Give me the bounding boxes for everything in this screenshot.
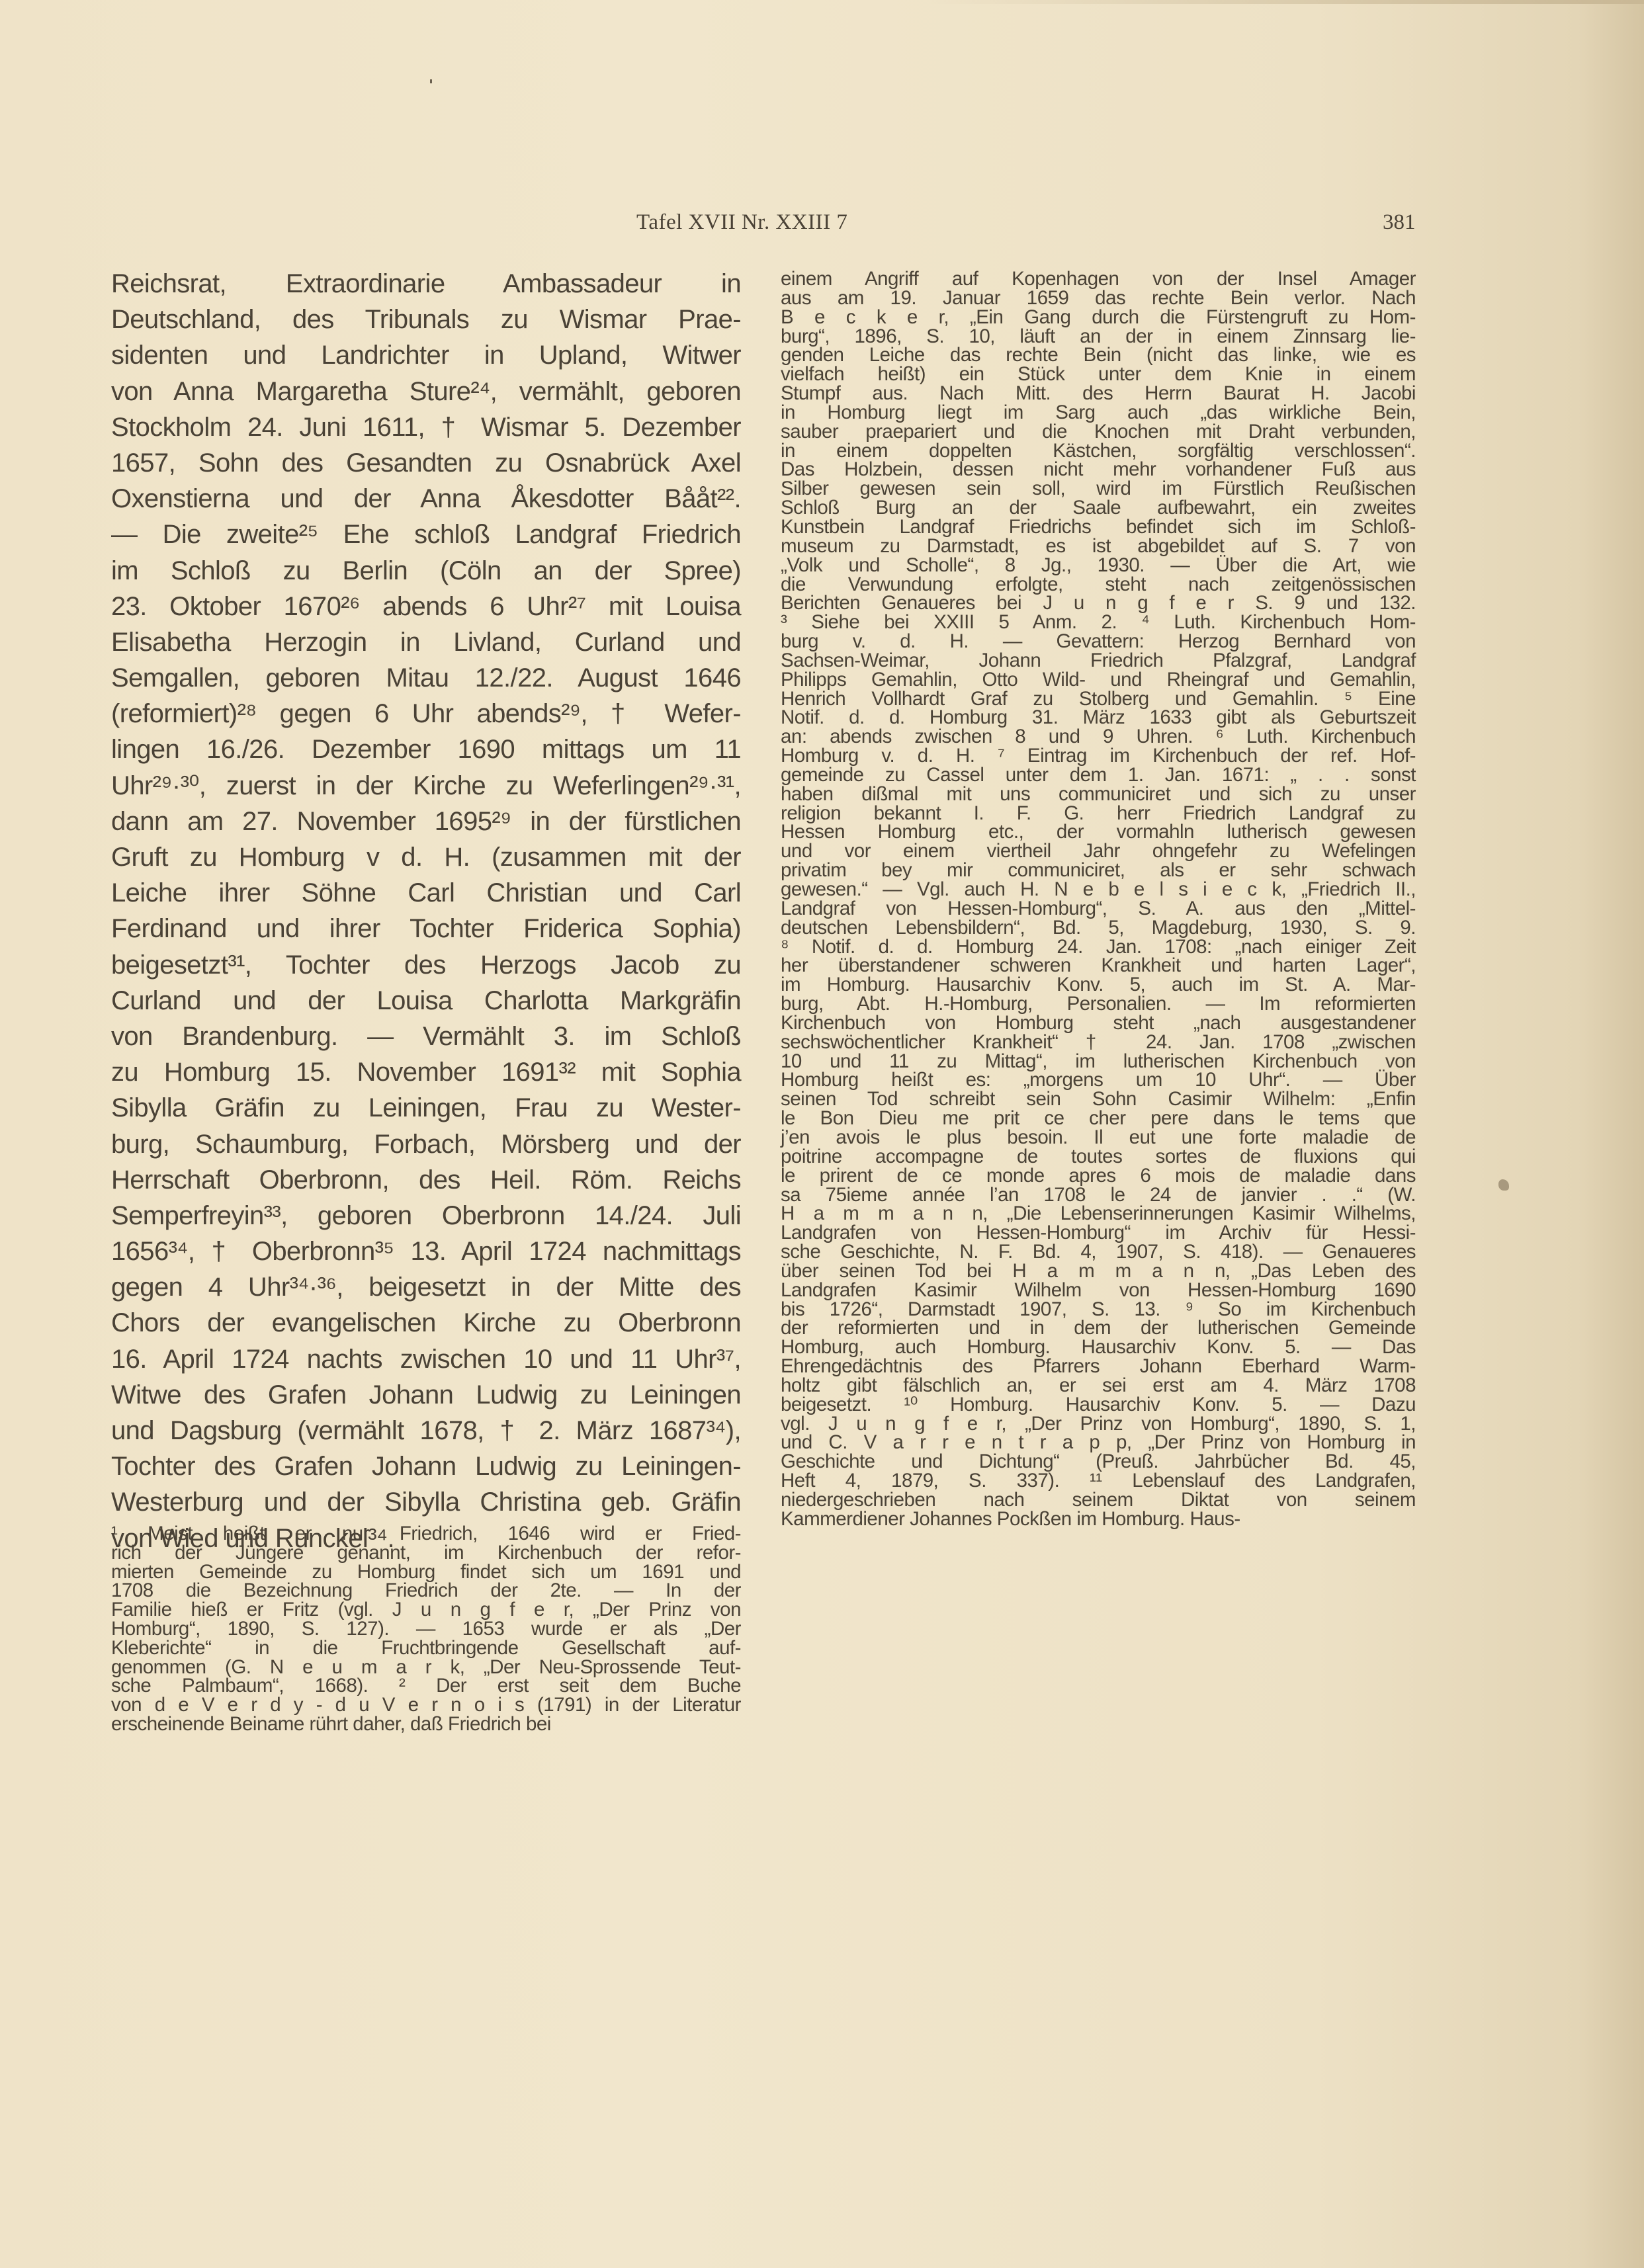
text-line: Reichsrat, Extraordinarie Ambassadeur in	[111, 266, 741, 302]
footnote-line: sche Palmbaum“, 1668). ² Der erst seit d…	[111, 1677, 741, 1696]
footnote-line: Notif. d. d. Homburg 31. März 1633 gibt …	[781, 708, 1416, 728]
footnote-line: B e c k e r, „Ein Gang durch die Fürsten…	[781, 308, 1416, 327]
footnote-line: Das Holzbein, dessen nicht mehr vorhande…	[781, 460, 1416, 480]
text-line: von Brandenburg. — Vermählt 3. im Schloß	[111, 1019, 741, 1054]
text-line: zu Homburg 15. November 1691³² mit Sophi…	[111, 1054, 741, 1090]
footnote-line: gemeinde zu Cassel unter dem 1. Jan. 167…	[781, 766, 1416, 785]
text-line: burg, Schaumburg, Forbach, Mörsberg und …	[111, 1126, 741, 1162]
footnote-line: Berichten Genaueres bei J u n g f e r S.…	[781, 594, 1416, 613]
footnote-line: burg, Abt. H.-Homburg, Personalien. — Im…	[781, 995, 1416, 1014]
footnote-line: „Volk und Scholle“, 8 Jg., 1930. — Über …	[781, 556, 1416, 575]
footnote-line: vielfach heißt) ein Stück unter dem Knie…	[781, 365, 1416, 384]
text-line: Stockholm 24. Juni 1611, † Wismar 5. Dez…	[111, 409, 741, 445]
footnote-line: und C. V a r r e n t r a p p, „Der Prinz…	[781, 1433, 1416, 1452]
page-number: 381	[1383, 210, 1416, 235]
footnote-line: burg v. d. H. — Gevattern: Herzog Bernha…	[781, 632, 1416, 651]
text-line: Elisabetha Herzogin in Livland, Curland …	[111, 624, 741, 660]
text-line: Semperfreyin³³, geboren Oberbronn 14./24…	[111, 1198, 741, 1234]
footnote-line: Homburg v. d. H. ⁷ Eintrag im Kirchenbuc…	[781, 747, 1416, 766]
footnote-line: im Homburg. Hausarchiv Konv. 5, auch im …	[781, 976, 1416, 995]
footnote-line: genommen (G. N e u m a r k, „Der Neu-Spr…	[111, 1658, 741, 1677]
text-line: 1656³⁴, † Oberbronn³⁵ 13. April 1724 nac…	[111, 1234, 741, 1269]
text-line: lingen 16./26. Dezember 1690 mittags um …	[111, 732, 741, 767]
footnote-line: haben dißmal mit uns communiciret und si…	[781, 785, 1416, 804]
footnote-line: ¹ Meist heißt er nur Friedrich, 1646 wir…	[111, 1525, 741, 1544]
text-line: Sibylla Gräfin zu Leiningen, Frau zu Wes…	[111, 1090, 741, 1126]
footnote-line: Kammerdiener Johannes Pockßen im Homburg…	[781, 1510, 1416, 1529]
footnote-line: Homburg“, 1890, S. 127). — 1653 wurde er…	[111, 1620, 741, 1639]
text-line: Leiche ihrer Söhne Carl Christian und Ca…	[111, 875, 741, 911]
footnote-line: Heft 4, 1879, S. 337). ¹¹ Lebenslauf des…	[781, 1472, 1416, 1491]
footnote-line: einem Angriff auf Kopenhagen von der Ins…	[781, 270, 1416, 289]
footnote-line: holtz gibt fälschlich an, er sei erst am…	[781, 1376, 1416, 1396]
footnote-line: privatim bey mir communiciret, als er se…	[781, 861, 1416, 880]
footnote-line: museum zu Darmstadt, es ist abgebildet a…	[781, 537, 1416, 556]
text-line: (reformiert)²⁸ gegen 6 Uhr abends²⁹, † W…	[111, 696, 741, 732]
text-line: von Anna Margaretha Sture²⁴, vermählt, g…	[111, 374, 741, 409]
left-column-footnotes: ¹ Meist heißt er nur Friedrich, 1646 wir…	[111, 1525, 741, 1734]
footnote-line: Stumpf aus. Nach Mitt. des Herrn Baurat …	[781, 384, 1416, 403]
footnote-line: sechswöchentlicher Krankheit“ † 24. Jan.…	[781, 1033, 1416, 1052]
footnote-line: niedergeschrieben nach seinem Diktat von…	[781, 1491, 1416, 1510]
footnote-line: le Bon Dieu me prit ce cher pere dans le…	[781, 1109, 1416, 1128]
footnote-line: Landgraf von Hessen-Homburg“, S. A. aus …	[781, 900, 1416, 919]
footnote-line: in Homburg liegt im Sarg auch „das wirkl…	[781, 403, 1416, 423]
footnote-line: seinen Tod schreibt sein Sohn Casimir Wi…	[781, 1090, 1416, 1109]
footnote-line: H a m m a n n, „Die Lebenserinnerungen K…	[781, 1204, 1416, 1224]
text-line: sidenten und Landrichter in Upland, Witw…	[111, 337, 741, 373]
footnote-line: Landgrafen Kasimir Wilhelm von Hessen-Ho…	[781, 1281, 1416, 1300]
footnote-line: Kirchenbuch von Homburg steht „nach ausg…	[781, 1014, 1416, 1033]
footnote-line: ³ Siehe bei XXIII 5 Anm. 2. ⁴ Luth. Kirc…	[781, 613, 1416, 632]
footnote-line: die Verwundung erfolgte, steht nach zeit…	[781, 575, 1416, 595]
footnote-line: poitrine accompagne de toutes sortes de …	[781, 1148, 1416, 1167]
text-line: 23. Oktober 1670²⁶ abends 6 Uhr²⁷ mit Lo…	[111, 589, 741, 624]
footnote-line: und vor einem viertheil Jahr ohngefehr z…	[781, 842, 1416, 861]
footnote-line: burg“, 1896, S. 10, läuft an der in eine…	[781, 327, 1416, 347]
footnote-line: Ehrengedächtnis des Pfarrers Johann Eber…	[781, 1357, 1416, 1376]
footnote-line: Kunstbein Landgraf Friedrichs befindet s…	[781, 518, 1416, 537]
footnote-line: Homburg heißt es: „morgens um 10 Uhr“. —…	[781, 1071, 1416, 1090]
text-line: Gruft zu Homburg v d. H. (zusammen mit d…	[111, 839, 741, 875]
footnote-line: Homburg, auch Homburg. Hausarchiv Konv. …	[781, 1338, 1416, 1357]
footnote-line: gewesen.“ — Vgl. auch H. N e b e l s i e…	[781, 880, 1416, 900]
footnote-line: der reformierten und in dem der lutheris…	[781, 1319, 1416, 1338]
footnote-line: her überstandener schweren Krankheit und…	[781, 956, 1416, 976]
footnote-line: vgl. J u n g f e r, „Der Prinz von Hombu…	[781, 1415, 1416, 1434]
footnote-line: bis 1726“, Darmstadt 1907, S. 13. ⁹ So i…	[781, 1300, 1416, 1320]
text-line: 16. April 1724 nachts zwischen 10 und 11…	[111, 1341, 741, 1377]
footnote-line: Silber gewesen sein soll, wird im Fürstl…	[781, 480, 1416, 499]
text-line: Westerburg und der Sibylla Christina geb…	[111, 1484, 741, 1520]
footnote-line: Landgrafen von Hessen-Homburg“ im Archiv…	[781, 1224, 1416, 1243]
footnote-line: 1708 die Bezeichnung Friedrich der 2te. …	[111, 1581, 741, 1601]
text-line: Semgallen, geboren Mitau 12./22. August …	[111, 660, 741, 696]
running-title: Tafel XVII Nr. XXIII 7	[636, 210, 847, 235]
left-column-main-text: Reichsrat, Extraordinarie Ambassadeur in…	[111, 266, 741, 1556]
text-line: Chors der evangelischen Kirche zu Oberbr…	[111, 1305, 741, 1341]
text-line: beigesetzt³¹, Tochter des Herzogs Jacob …	[111, 947, 741, 983]
footnote-line: j’en avois le plus besoin. Il eut une fo…	[781, 1128, 1416, 1148]
footnote-line: beigesetzt. ¹⁰ Homburg. Hausarchiv Konv.…	[781, 1396, 1416, 1415]
footnote-line: mierten Gemeinde zu Homburg findet sich …	[111, 1563, 741, 1582]
page-header: Tafel XVII Nr. XXIII 7 381	[0, 210, 1644, 237]
text-line: Herrschaft Oberbronn, des Heil. Röm. Rei…	[111, 1162, 741, 1198]
page-edge-shadow	[926, 0, 1644, 4]
footnote-line: aus am 19. Januar 1659 das rechte Bein v…	[781, 289, 1416, 308]
text-line: dann am 27. November 1695²⁹ in der fürst…	[111, 804, 741, 839]
footnote-line: Schloß Burg an der Saale aufbewahrt, ein…	[781, 499, 1416, 518]
footnote-line: in einem doppelten Kästchen, sorgfältig …	[781, 442, 1416, 461]
footnote-line: le prirent de ce monde apres 6 mois de m…	[781, 1167, 1416, 1186]
footnote-line: sche Geschichte, N. F. Bd. 4, 1907, S. 4…	[781, 1243, 1416, 1262]
text-line: 1657, Sohn des Gesandten zu Osnabrück Ax…	[111, 445, 741, 481]
footnote-line: rich der Jüngere genannt, im Kirchenbuch…	[111, 1544, 741, 1563]
text-line: im Schloß zu Berlin (Cöln an der Spree)	[111, 553, 741, 589]
footnote-line: ⁸ Notif. d. d. Homburg 24. Jan. 1708: „n…	[781, 938, 1416, 957]
footnote-line: Hessen Homburg etc., der vormahln luther…	[781, 823, 1416, 842]
text-line: Oxenstierna und der Anna Åkesdotter Bååt…	[111, 481, 741, 517]
footnote-line: erscheinende Beiname rührt daher, daß Fr…	[111, 1715, 741, 1734]
footnote-line: Geschichte und Dichtung“ (Preuß. Jahrbüc…	[781, 1452, 1416, 1472]
text-line: Tochter des Grafen Johann Ludwig zu Lein…	[111, 1449, 741, 1484]
footnote-line: an: abends zwischen 8 und 9 Uhren. ⁶ Lut…	[781, 728, 1416, 747]
paper-speck	[430, 79, 432, 83]
ink-smudge	[1498, 1179, 1509, 1191]
text-line: gegen 4 Uhr³⁴·³⁶, beigesetzt in der Mitt…	[111, 1269, 741, 1305]
footnote-line: Kleberichte“ in die Fruchtbringende Gese…	[111, 1639, 741, 1658]
text-line: und Dagsburg (vermählt 1678, † 2. März 1…	[111, 1413, 741, 1449]
text-line: Curland und der Louisa Charlotta Markgrä…	[111, 983, 741, 1019]
text-line: Uhr²⁹·³⁰, zuerst in der Kirche zu Weferl…	[111, 768, 741, 804]
footnote-line: Sachsen-Weimar, Johann Friedrich Pfalzgr…	[781, 651, 1416, 671]
footnote-line: Familie hieß er Fritz (vgl. J u n g f e …	[111, 1601, 741, 1620]
text-line: Ferdinand und ihrer Tochter Friderica So…	[111, 911, 741, 946]
footnote-line: Henrich Vollhardt Graf zu Stolberg und G…	[781, 690, 1416, 709]
footnote-line: Philipps Gemahlin, Otto Wild- und Rheing…	[781, 671, 1416, 690]
footnote-line: sa 75ieme année l’an 1708 le 24 de janvi…	[781, 1186, 1416, 1205]
text-line: Witwe des Grafen Johann Ludwig zu Leinin…	[111, 1377, 741, 1413]
right-column-footnotes: einem Angriff auf Kopenhagen von der Ins…	[781, 270, 1416, 1529]
text-line: Deutschland, des Tribunals zu Wismar Pra…	[111, 302, 741, 337]
footnote-line: 10 und 11 zu Mittag“, im lutherischen Ki…	[781, 1052, 1416, 1071]
footnote-line: religion bekannt I. F. G. herr Friedrich…	[781, 804, 1416, 823]
footnote-line: sauber praepariert und die Knochen mit D…	[781, 423, 1416, 442]
footnote-line: deutschen Lebensbildern“, Bd. 5, Magdebu…	[781, 919, 1416, 938]
footnote-line: über seinen Tod bei H a m m a n n, „Das …	[781, 1262, 1416, 1281]
footnote-line: genden Leiche das rechte Bein (nicht das…	[781, 346, 1416, 365]
footnote-line: von d e V e r d y - d u V e r n o i s (1…	[111, 1696, 741, 1715]
text-line: — Die zweite²⁵ Ehe schloß Landgraf Fried…	[111, 517, 741, 552]
